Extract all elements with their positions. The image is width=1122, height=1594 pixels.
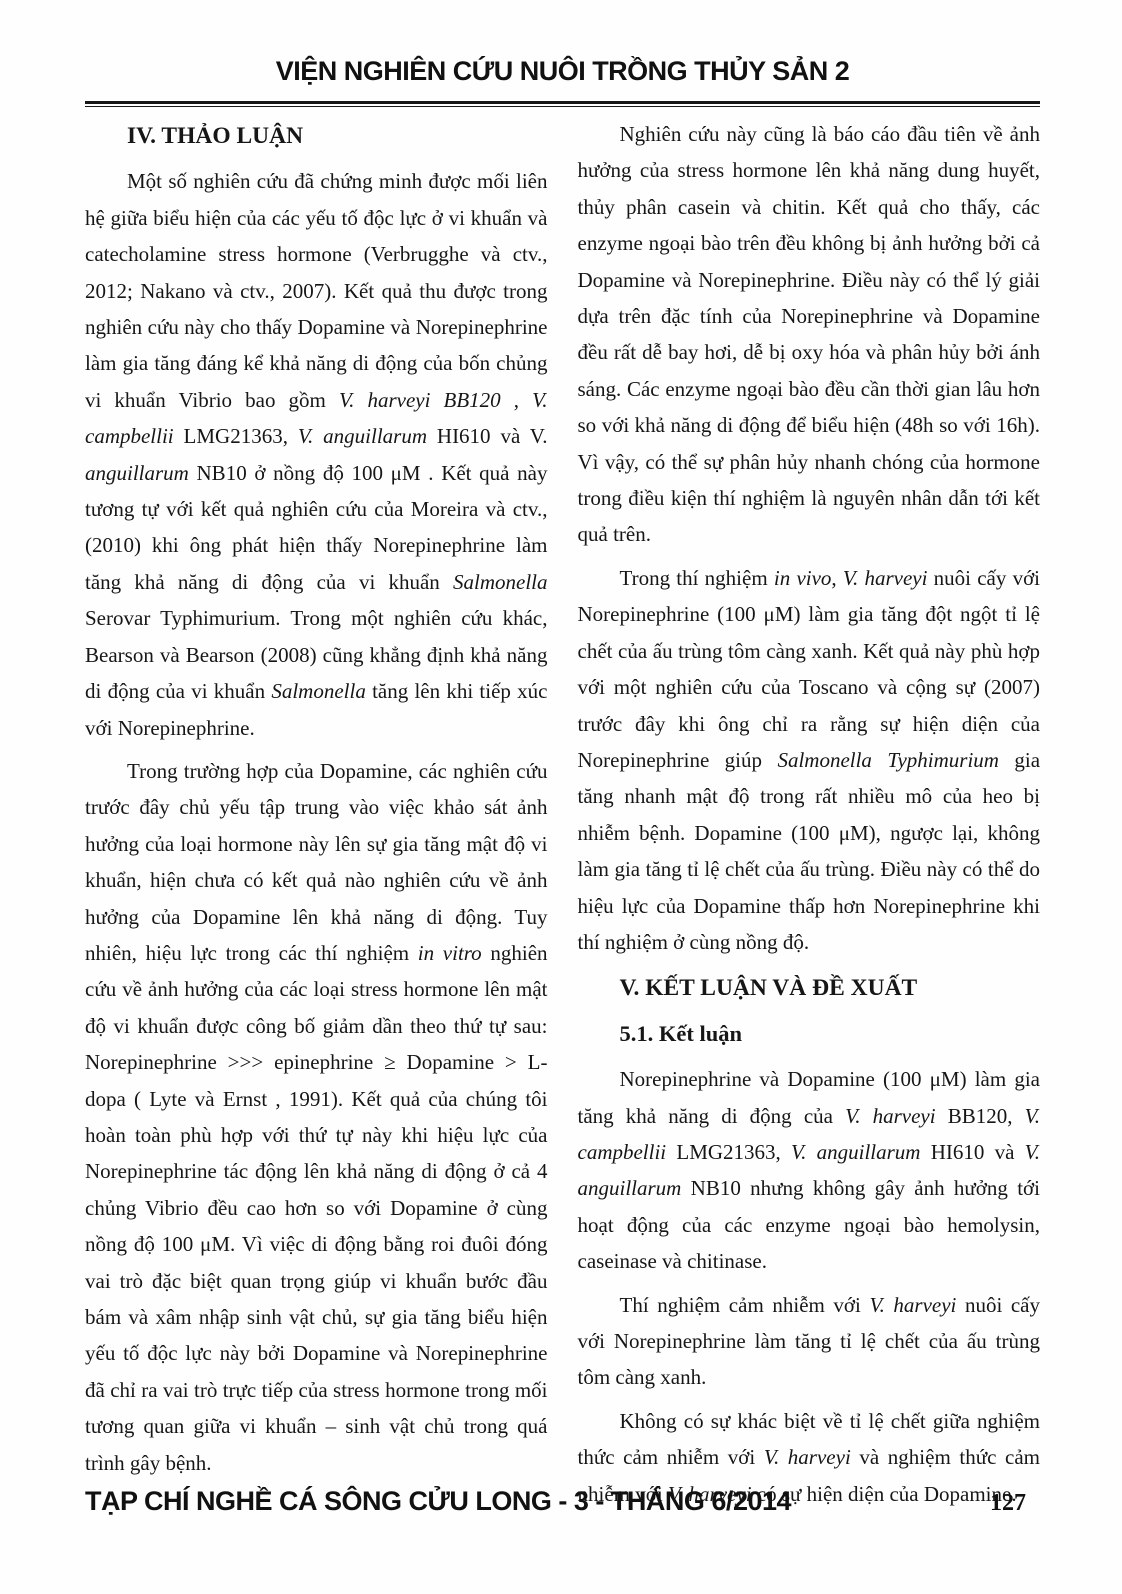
paragraph-discussion-1: Một số nghiên cứu đã chứng minh được mối… — [85, 163, 548, 746]
paragraph-discussion-4: Trong thí nghiệm in vivo, V. harveyi nuô… — [578, 560, 1041, 960]
paragraph-conclusion-1: Norepinephrine và Dopamine (100 μM) làm … — [578, 1061, 1041, 1279]
paragraph-discussion-2: Trong trường hợp của Dopamine, các nghiê… — [85, 753, 548, 1481]
left-column: IV. THẢO LUẬNMột số nghiên cứu đã chứng … — [85, 116, 548, 1519]
subsection-heading-ket-luan: 5.1. Kết luận — [578, 1016, 1041, 1052]
header-rule — [85, 101, 1040, 107]
journal-header-title: VIỆN NGHIÊN CỨU NUÔI TRỒNG THỦY SẢN 2 — [85, 56, 1040, 87]
page-footer: TẠP CHÍ NGHỀ CÁ SÔNG CỬU LONG - 3 - THÁN… — [85, 1486, 1040, 1517]
section-heading-conclusion: V. KẾT LUẬN VÀ ĐỀ XUẤT — [578, 970, 1041, 1006]
section-heading-discussion: IV. THẢO LUẬN — [85, 118, 548, 154]
article-body: IV. THẢO LUẬNMột số nghiên cứu đã chứng … — [85, 116, 1040, 1519]
document-page: VIỆN NGHIÊN CỨU NUÔI TRỒNG THỦY SẢN 2 IV… — [0, 0, 1122, 1594]
paragraph-discussion-3: Nghiên cứu này cũng là báo cáo đầu tiên … — [578, 116, 1041, 553]
right-column: Nghiên cứu này cũng là báo cáo đầu tiên … — [578, 116, 1041, 1519]
paragraph-conclusion-2: Thí nghiệm cảm nhiễm với V. harveyi nuôi… — [578, 1287, 1041, 1396]
footer-page-number: 127 — [990, 1490, 1040, 1517]
footer-journal-title: TẠP CHÍ NGHỀ CÁ SÔNG CỬU LONG - 3 - THÁN… — [85, 1486, 791, 1517]
